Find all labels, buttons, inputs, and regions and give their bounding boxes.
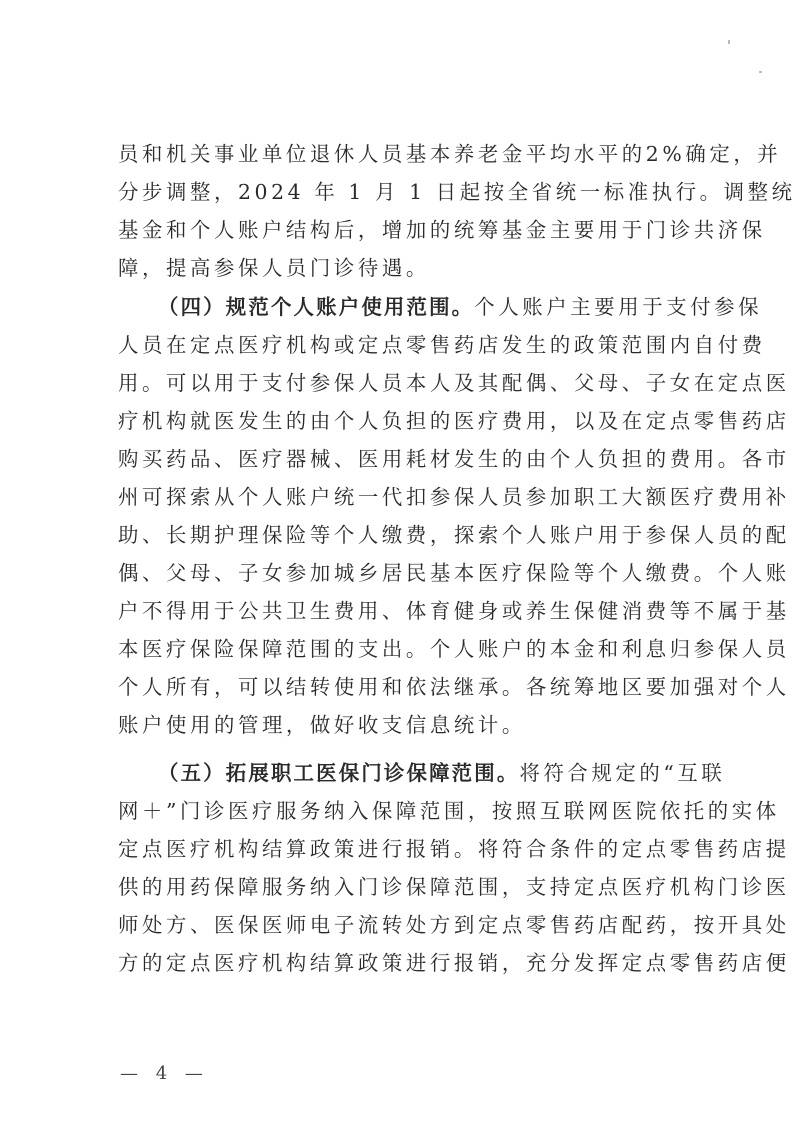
text-line: 偶、父母、子女参加城乡居民基本医疗保险等个人缴费。个人账	[118, 558, 678, 588]
text-line: 供的用药保障服务纳入门诊保障范围，支持定点医疗机构门诊医	[118, 872, 678, 902]
section-4-first-line: （四）规范个人账户使用范围。个人账户主要用于支付参保	[158, 292, 678, 322]
text-run: 个人账户主要用于支付参保	[474, 295, 762, 319]
text-line: 助、长期护理保险等个人缴费，探索个人账户用于参保人员的配	[118, 520, 678, 550]
document-page: 员和机关事业单位退休人员基本养老金平均水平的2%确定，并 分步调整，2024 年…	[0, 0, 796, 1121]
text-line: 网＋”门诊医疗服务纳入保障范围，按照互联网医院依托的实体	[118, 796, 678, 826]
text-line: 购买药品、医疗器械、医用耗材发生的由个人负担的费用。各市	[118, 444, 678, 474]
text-line: 人员在定点医疗机构或定点零售药店发生的政策范围内自付费	[118, 330, 678, 360]
text-line: 基金和个人账户结构后，增加的统筹基金主要用于门诊共济保	[118, 215, 678, 245]
text-run: 将符合规定的“互联	[519, 761, 725, 785]
section-4-heading: （四）规范个人账户使用范围。	[158, 295, 474, 319]
page-number: — 4 —	[120, 1063, 209, 1084]
text-line: 账户使用的管理，做好收支信息统计。	[118, 710, 678, 740]
text-line: 户不得用于公共卫生费用、体育健身或养生保健消费等不属于基	[118, 596, 678, 626]
text-line: 障，提高参保人员门诊待遇。	[118, 253, 678, 283]
text-line: 分步调整，2024 年 1 月 1 日起按全省统一标准执行。调整统筹	[118, 177, 678, 207]
text-line: 方的定点医疗机构结算政策进行报销，充分发挥定点零售药店便	[118, 948, 678, 978]
section-5-heading: （五）拓展职工医保门诊保障范围。	[158, 761, 519, 785]
text-line: 疗机构就医发生的由个人负担的医疗费用，以及在定点零售药店	[118, 406, 678, 436]
text-line: 本医疗保险保障范围的支出。个人账户的本金和利息归参保人员	[118, 634, 678, 664]
text-line: 师处方、医保医师电子流转处方到定点零售药店配药，按开具处	[118, 910, 678, 940]
text-line: 员和机关事业单位退休人员基本养老金平均水平的2%确定，并	[118, 139, 678, 169]
scan-speck	[759, 71, 762, 73]
section-5-first-line: （五）拓展职工医保门诊保障范围。将符合规定的“互联	[158, 758, 678, 788]
text-line: 用。可以用于支付参保人员本人及其配偶、父母、子女在定点医	[118, 368, 678, 398]
text-line: 定点医疗机构结算政策进行报销。将符合条件的定点零售药店提	[118, 834, 678, 864]
text-line: 州可探索从个人账户统一代扣参保人员参加职工大额医疗费用补	[118, 482, 678, 512]
text-line: 个人所有，可以结转使用和依法继承。各统筹地区要加强对个人	[118, 672, 678, 702]
scan-speck	[728, 40, 730, 44]
